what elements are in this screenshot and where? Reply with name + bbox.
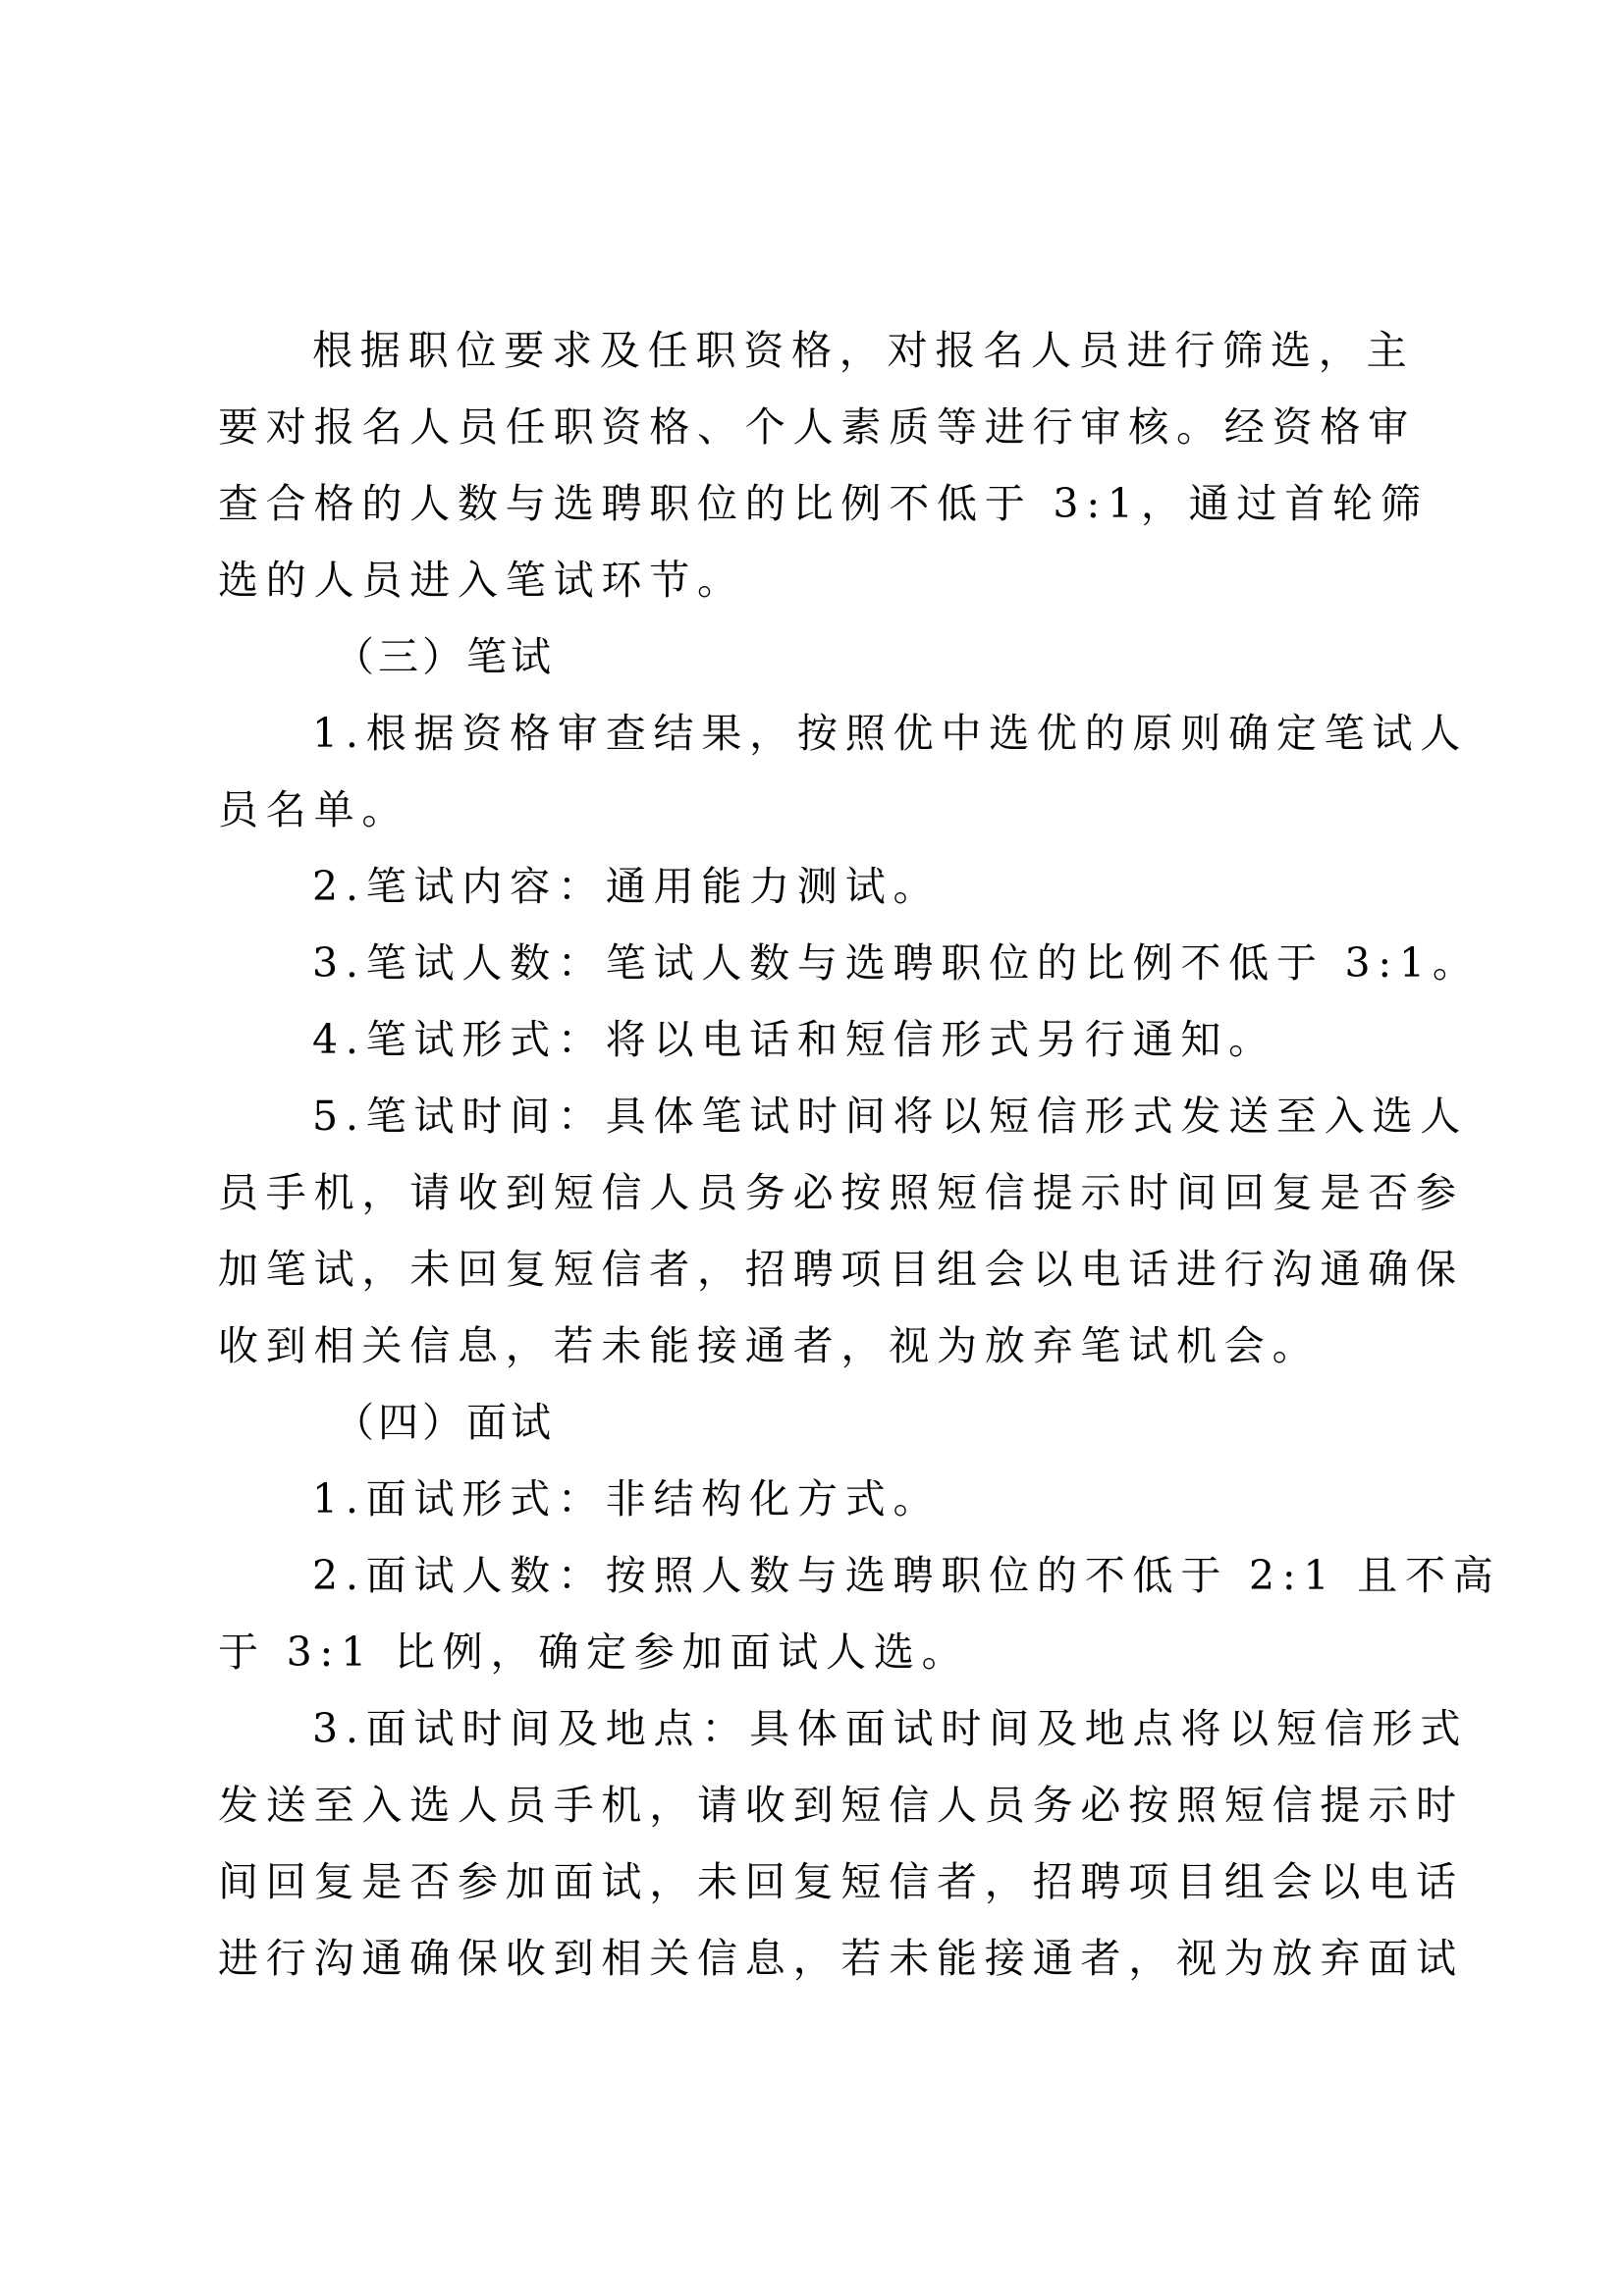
paragraph-written-exam-item-3: 3.笔试人数：笔试人数与选聘职位的比例不低于 3:1。	[218, 925, 1418, 1001]
paragraph-interview-item-2: 2.面试人数：按照人数与选聘职位的不低于 2:1 且不高 于 3:1 比例，确定…	[218, 1537, 1418, 1690]
text-line: 进行沟通确保收到相关信息，若未能接通者，视为放弃面试	[218, 1920, 1418, 1997]
text-line: 3.笔试人数：笔试人数与选聘职位的比例不低于 3:1。	[218, 925, 1418, 1001]
paragraph-interview-item-3: 3.面试时间及地点：具体面试时间及地点将以短信形式 发送至入选人员手机，请收到短…	[218, 1690, 1418, 1997]
text-line: 员手机，请收到短信人员务必按照短信提示时间回复是否参	[218, 1154, 1418, 1231]
text-line: 于 3:1 比例，确定参加面试人选。	[218, 1614, 1418, 1690]
text-line: 5.笔试时间：具体笔试时间将以短信形式发送至入选人	[218, 1078, 1418, 1154]
section-heading-written-exam: （三）笔试	[218, 618, 1418, 695]
text-line: 加笔试，未回复短信者，招聘项目组会以电话进行沟通确保	[218, 1231, 1418, 1308]
section-heading-interview: （四）面试	[218, 1384, 1418, 1461]
text-line: 2.面试人数：按照人数与选聘职位的不低于 2:1 且不高	[218, 1537, 1418, 1614]
document-page: 根据职位要求及任职资格，对报名人员进行筛选，主 要对报名人员任职资格、个人素质等…	[218, 312, 1418, 1997]
text-line: 2.笔试内容：通用能力测试。	[218, 848, 1418, 925]
paragraph-written-exam-item-2: 2.笔试内容：通用能力测试。	[218, 848, 1418, 925]
text-line: 1.面试形式：非结构化方式。	[218, 1461, 1418, 1537]
paragraph-written-exam-item-5: 5.笔试时间：具体笔试时间将以短信形式发送至入选人 员手机，请收到短信人员务必按…	[218, 1078, 1418, 1384]
text-line: 查合格的人数与选聘职位的比例不低于 3:1，通过首轮筛	[218, 465, 1418, 542]
text-line: 收到相关信息，若未能接通者，视为放弃笔试机会。	[218, 1308, 1418, 1384]
text-line: 4.笔试形式：将以电话和短信形式另行通知。	[218, 1001, 1418, 1078]
text-line: 1.根据资格审查结果，按照优中选优的原则确定笔试人	[218, 695, 1418, 772]
paragraph-qualification-screening: 根据职位要求及任职资格，对报名人员进行筛选，主 要对报名人员任职资格、个人素质等…	[218, 312, 1418, 618]
text-line: 间回复是否参加面试，未回复短信者，招聘项目组会以电话	[218, 1843, 1418, 1920]
paragraph-written-exam-item-1: 1.根据资格审查结果，按照优中选优的原则确定笔试人 员名单。	[218, 695, 1418, 848]
text-line: 要对报名人员任职资格、个人素质等进行审核。经资格审	[218, 389, 1418, 465]
text-line: 3.面试时间及地点：具体面试时间及地点将以短信形式	[218, 1690, 1418, 1767]
text-line: 员名单。	[218, 772, 1418, 848]
text-line: 发送至入选人员手机，请收到短信人员务必按照短信提示时	[218, 1767, 1418, 1843]
paragraph-written-exam-item-4: 4.笔试形式：将以电话和短信形式另行通知。	[218, 1001, 1418, 1078]
text-line: 选的人员进入笔试环节。	[218, 542, 1418, 618]
paragraph-interview-item-1: 1.面试形式：非结构化方式。	[218, 1461, 1418, 1537]
text-line: 根据职位要求及任职资格，对报名人员进行筛选，主	[218, 312, 1418, 389]
